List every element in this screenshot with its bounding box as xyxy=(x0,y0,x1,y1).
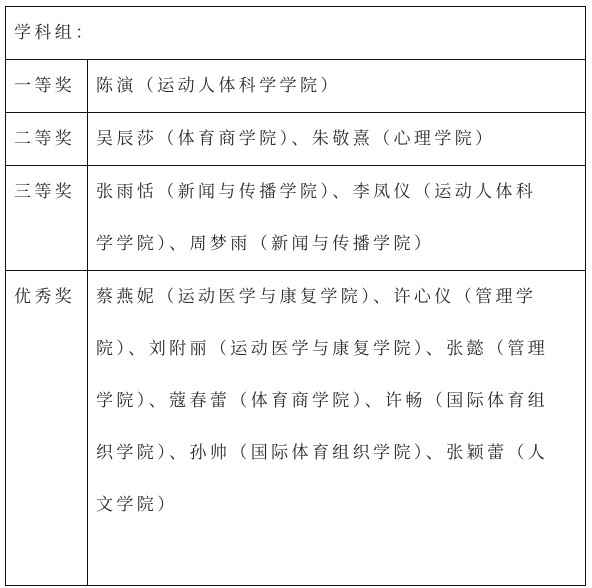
winners-line: 陈演（运动人体科学学院） xyxy=(96,60,579,112)
group-label: 学科组： xyxy=(6,7,586,60)
award-label: 二等奖 xyxy=(6,113,88,166)
award-label: 一等奖 xyxy=(6,60,88,113)
table-row: 优秀奖 蔡燕妮（运动医学与康复学院）、许心仪（管理学 院）、刘附丽（运动医学与康… xyxy=(6,271,586,586)
table-row: 三等奖 张雨恬（新闻与传播学院）、李凤仪（运动人体科 学学院）、周梦雨（新闻与传… xyxy=(6,166,586,271)
winners-cell: 陈演（运动人体科学学院） xyxy=(88,60,586,113)
table-row: 一等奖 陈演（运动人体科学学院） xyxy=(6,60,586,113)
award-label: 三等奖 xyxy=(6,166,88,271)
winners-line: 织学院）、孙帅（国际体育组织学院）、张颖蕾（人 xyxy=(96,427,579,479)
winners-line: 蔡燕妮（运动医学与康复学院）、许心仪（管理学 xyxy=(96,271,579,323)
group-header-row: 学科组： xyxy=(6,7,586,60)
winners-cell: 吴辰莎（体育商学院）、朱敬熹（心理学院） xyxy=(88,113,586,166)
winners-cell: 蔡燕妮（运动医学与康复学院）、许心仪（管理学 院）、刘附丽（运动医学与康复学院）… xyxy=(88,271,586,586)
winners-cell: 张雨恬（新闻与传播学院）、李凤仪（运动人体科 学学院）、周梦雨（新闻与传播学院） xyxy=(88,166,586,271)
winners-line: 学学院）、周梦雨（新闻与传播学院） xyxy=(96,218,579,270)
award-label: 优秀奖 xyxy=(6,271,88,586)
winners-line: 文学院） xyxy=(96,479,579,531)
table-row: 二等奖 吴辰莎（体育商学院）、朱敬熹（心理学院） xyxy=(6,113,586,166)
winners-line: 学院）、蔻春蕾（体育商学院）、许畅（国际体育组 xyxy=(96,375,579,427)
winners-line: 张雨恬（新闻与传播学院）、李凤仪（运动人体科 xyxy=(96,166,579,218)
winners-line: 院）、刘附丽（运动医学与康复学院）、张懿（管理 xyxy=(96,323,579,375)
winners-line: 吴辰莎（体育商学院）、朱敬熹（心理学院） xyxy=(96,113,579,165)
award-table: 学科组： 一等奖 陈演（运动人体科学学院） 二等奖 吴辰莎（体育商学院）、朱敬熹… xyxy=(5,6,586,586)
